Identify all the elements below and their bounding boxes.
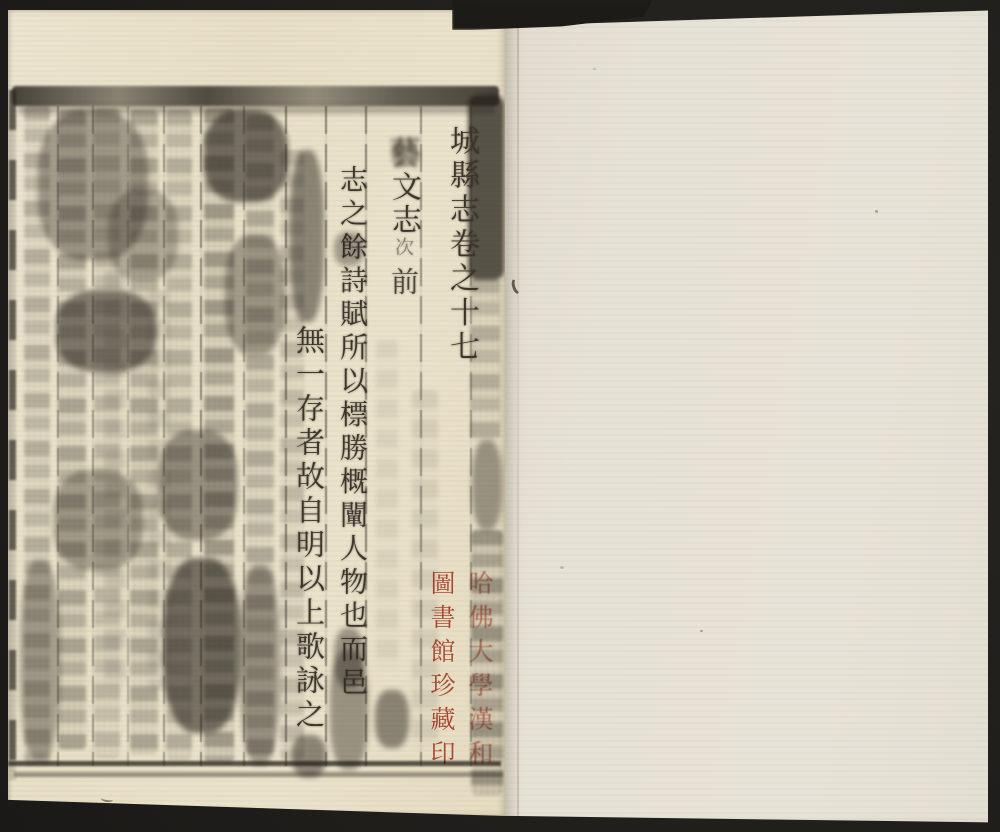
section-title-tail: 前 bbox=[387, 267, 420, 298]
gutter-crease bbox=[517, 8, 519, 824]
frame-top-border bbox=[12, 86, 499, 106]
ink-blotch bbox=[204, 110, 288, 202]
ink-blotch bbox=[290, 150, 324, 322]
book-scan: 城縣志卷之十七 藝文志次前 志之餘詩賦所以標勝概闡人物也而邑 無一存者故自明以上… bbox=[0, 0, 1000, 832]
ink-blotch bbox=[240, 565, 280, 765]
dust-speck bbox=[875, 210, 878, 213]
section-title-head: 藝 bbox=[384, 136, 422, 171]
dust-speck bbox=[560, 566, 564, 569]
ink-blotch bbox=[163, 558, 241, 733]
ink-blotch bbox=[53, 470, 143, 570]
ink-blotch bbox=[20, 560, 60, 760]
harvard-library-seal: 哈佛大學漢和 圖書館珍藏印 bbox=[423, 570, 497, 802]
ink-blotch bbox=[225, 235, 285, 355]
dust-speck bbox=[593, 68, 596, 70]
seal-text-right: 哈佛大學漢和 bbox=[461, 570, 497, 802]
volume-title-column: 城縣志卷之十七 bbox=[439, 125, 483, 365]
ink-curl-mark bbox=[509, 274, 528, 296]
ink-blotch bbox=[375, 690, 409, 748]
ink-blotch bbox=[56, 290, 156, 372]
frame-left-border bbox=[9, 90, 16, 780]
ink-blotch bbox=[292, 735, 326, 777]
section-title-small: 次 bbox=[392, 237, 414, 259]
ghost-bleed-column bbox=[376, 340, 398, 670]
section-title-body: 文志 bbox=[386, 171, 421, 237]
seal-text-left: 圖書館珍藏印 bbox=[423, 570, 459, 802]
ink-blotch bbox=[472, 440, 502, 530]
character-smudge bbox=[334, 232, 364, 266]
section-title-column: 藝文志次前 bbox=[380, 136, 426, 298]
ink-blotch bbox=[108, 190, 178, 280]
margin-mark bbox=[101, 795, 114, 803]
ink-blotch bbox=[158, 430, 238, 540]
preface-column-2: 無一存者故自明以上歌詠之 bbox=[289, 325, 330, 733]
dust-speck bbox=[700, 630, 703, 632]
character-smudge bbox=[334, 628, 364, 688]
left-page: 城縣志卷之十七 藝文志次前 志之餘詩賦所以標勝概闡人物也而邑 無一存者故自明以上… bbox=[8, 10, 505, 816]
right-page bbox=[505, 8, 988, 824]
